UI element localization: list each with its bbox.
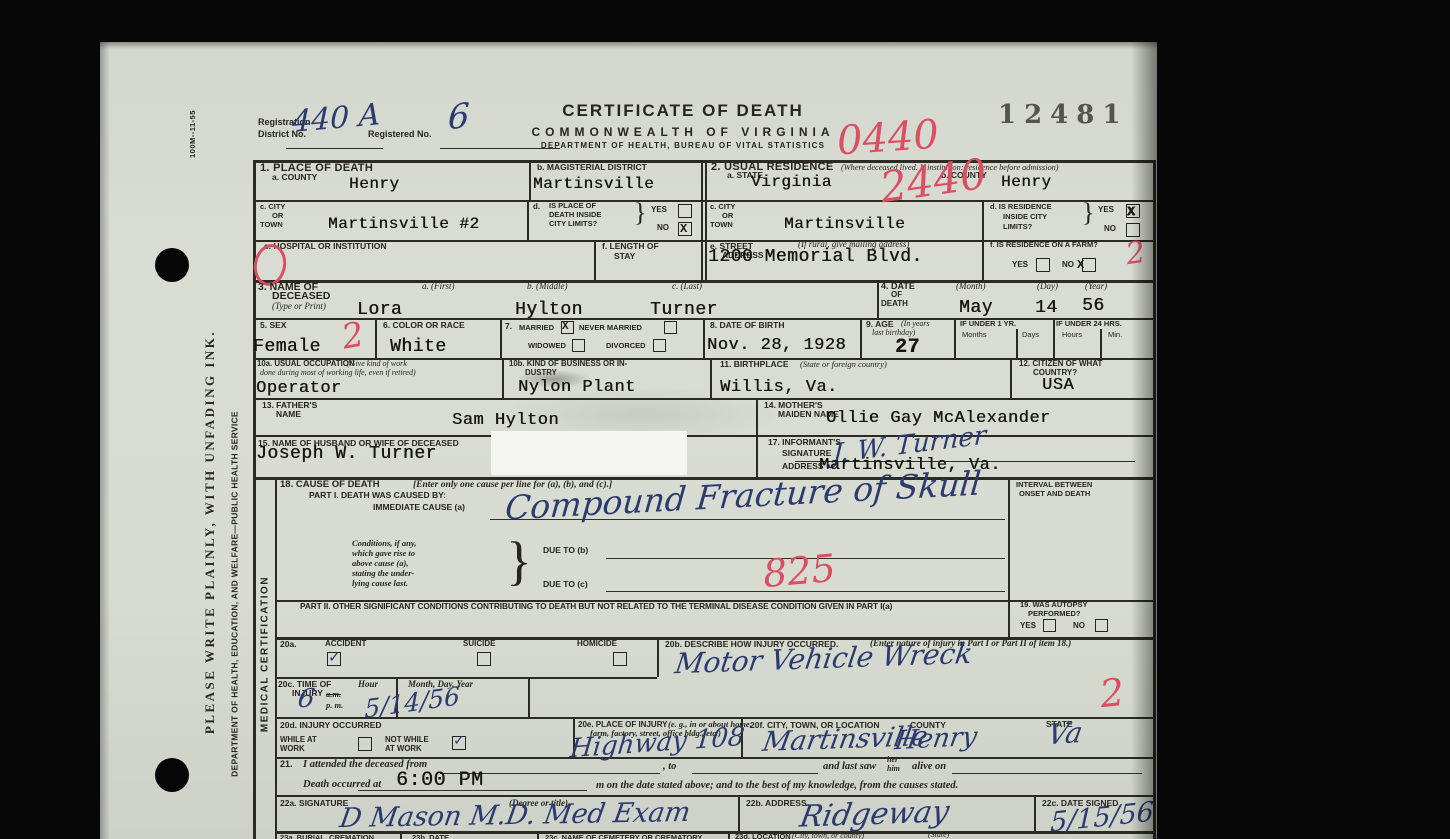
attended-text-3: and last saw [823, 761, 876, 773]
registered-no-label: Registered No. [368, 130, 432, 140]
field-2d-label-2: INSIDE CITY [1003, 213, 1047, 221]
suicide-label: SUICIDE [463, 640, 495, 649]
field-1d-yes-label: YES [651, 206, 667, 215]
field-3a-value: Lora [357, 300, 402, 320]
grid-line [703, 318, 705, 358]
redaction-box [491, 431, 687, 475]
field-17-label: 17. INFORMANT'S [768, 438, 841, 447]
field-2f-no-label: NO [1062, 261, 1074, 270]
md-signature: D Mason M.D. Med Exam [338, 799, 693, 832]
death-occurred-label: Death occurred at [303, 779, 381, 791]
field-13-label-2: NAME [276, 410, 301, 419]
field-12-value: USA [1042, 376, 1074, 395]
scanned-page: 100M--11-55 PLEASE WRITE PLAINLY, WITH U… [0, 0, 1450, 839]
field-4-month-value: May [959, 298, 993, 318]
field-2d-yes-label: YES [1098, 206, 1114, 215]
field-22b-label: 22b. ADDRESS [746, 799, 807, 808]
field-22a-label: 22a. SIGNATURE [280, 799, 348, 808]
field-3b-value: Hylton [515, 300, 583, 320]
under-1yr-label: IF UNDER 1 YR. [960, 320, 1016, 328]
grid-line [705, 160, 707, 280]
field-2d-label-3: LIMITS? [1003, 223, 1032, 231]
form-code: 100M--11-55 [189, 110, 197, 158]
grid-line [529, 160, 531, 200]
grid-line [701, 160, 703, 280]
homicide-checkbox [613, 652, 627, 666]
death-time-value: 6:00 PM [396, 769, 484, 792]
hour-label: Hour [358, 680, 378, 690]
field-18-title: 18. CAUSE OF DEATH [280, 480, 380, 490]
due-to-b-label: DUE TO (b) [543, 546, 588, 555]
conditions-note-2: which gave rise to [352, 549, 415, 558]
field-19-label-2: PERFORMED? [1028, 610, 1081, 618]
field-2e-value: 1200 Memorial Blvd. [708, 247, 923, 267]
field-1c-value: Martinsville #2 [328, 215, 480, 233]
field-20d-label: 20d. INJURY OCCURRED [280, 721, 382, 730]
field-7-never-label: NEVER MARRIED [579, 324, 642, 332]
field-17-address-label: ADDRESS [782, 462, 824, 471]
field-7-divorced-checkbox [653, 339, 666, 352]
field-1c-label-city: c. CITY [260, 203, 285, 211]
under-1yr-months-label: Months [962, 331, 987, 339]
field-2c-label-town: TOWN [710, 221, 733, 229]
death-time-line [358, 790, 587, 791]
interval-label-1: INTERVAL BETWEEN [1016, 481, 1092, 489]
field-1f-label-2: STAY [614, 252, 635, 261]
red-injury-code: 2 [1098, 673, 1126, 713]
field-3a-label: a. (First) [422, 282, 455, 292]
field-10a-note-2: done during most of working life, even i… [260, 369, 416, 378]
field-23c-label: 23c. NAME OF CEMETERY OR CREMATORY [545, 834, 702, 839]
field-8-label: 8. DATE OF BIRTH [710, 321, 784, 330]
field-1d-num: d. [533, 203, 540, 212]
field-23d-label: 23d. LOCATION [735, 833, 791, 839]
field-1d-label-2: DEATH INSIDE [549, 211, 601, 219]
grid-line [1100, 329, 1102, 358]
field-20a-num: 20a. [280, 640, 297, 649]
conditions-note-4: stating the under- [352, 569, 414, 578]
field-2d-no-label: NO [1104, 225, 1116, 234]
accident-mark: ✓ [328, 650, 341, 665]
grid-line [253, 280, 1155, 283]
grid-line [1016, 329, 1018, 358]
field-23b-label: 23b. DATE [412, 834, 449, 839]
grid-line [275, 477, 277, 839]
grid-line [756, 398, 758, 477]
field-7-num: 7. [505, 322, 512, 331]
bureau-title: DEPARTMENT OF HEALTH, BUREAU OF VITAL ST… [541, 142, 825, 151]
grid-line [537, 831, 539, 839]
interval-label-2: ONSET AND DEATH [1019, 490, 1090, 498]
field-5-label: 5. SEX [260, 321, 286, 330]
field-2d-brace: } [1082, 200, 1094, 226]
grid-line [738, 795, 740, 831]
field-20b-value: Motor Vehicle Wreck [673, 640, 974, 679]
field-9-value: 27 [895, 336, 920, 359]
pm-label: p. m. [326, 701, 343, 710]
grid-line [657, 637, 659, 677]
field-11-value: Willis, Va. [720, 378, 838, 397]
grid-line [860, 318, 862, 358]
scan-edge-right [1131, 42, 1157, 839]
field-1d-brace: } [634, 200, 646, 226]
field-1d-no-label: NO [657, 224, 669, 233]
field-2c-label-city: c. CITY [710, 203, 735, 211]
under-24hr-hours-label: Hours [1062, 331, 1082, 339]
while-at-work-label-2: WORK [280, 745, 305, 754]
margin-dept: DEPARTMENT OF HEALTH, EDUCATION, AND WEL… [230, 411, 239, 777]
death-occurred-text: m on the date stated above; and to the b… [596, 780, 958, 792]
grid-line [1034, 795, 1036, 831]
field-1c-label-town: TOWN [260, 221, 283, 229]
grid-line [253, 398, 1155, 400]
grid-line [1053, 318, 1055, 358]
under-24hr-min-label: Min. [1108, 331, 1122, 339]
field-7-divorced-label: DIVORCED [606, 342, 646, 350]
field-20f-county-value: Henry [893, 724, 979, 755]
field-5-value: Female [253, 337, 321, 357]
grid-line [594, 240, 596, 280]
conditions-note-3: above cause (a), [352, 559, 408, 568]
field-3b-label: b. (Middle) [527, 282, 568, 292]
field-7-married-mark: X [562, 322, 569, 333]
field-10a-value: Operator [256, 379, 342, 398]
field-1d-no-mark: X [680, 223, 687, 235]
field-1b-label: b. MAGISTERIAL DISTRICT [537, 163, 647, 172]
field-23d-state-note: (State) [928, 831, 949, 839]
field-4-day-value: 14 [1035, 298, 1058, 318]
grid-line [253, 435, 1155, 437]
under-1yr-days-label: Days [1022, 331, 1039, 339]
field-2d-label-1: d. IS RESIDENCE [990, 203, 1052, 211]
field-1a-value: Henry [349, 175, 400, 193]
field-14-value: Ollie Gay McAlexander [826, 409, 1051, 428]
field-2b-value: Henry [1001, 173, 1052, 191]
field-1d-label-1: IS PLACE OF [549, 202, 596, 210]
field-10b-label-2: DUSTRY [525, 369, 557, 378]
field-1a-label: a. COUNTY [272, 173, 317, 182]
medical-certification-label: MEDICAL CERTIFICATION [260, 576, 271, 732]
field-4-month-label: (Month) [956, 282, 986, 292]
part1-label: PART I. DEATH WAS CAUSED BY: [309, 491, 446, 500]
field-13-value: Sam Hylton [452, 411, 559, 430]
field-7-widowed-checkbox [572, 339, 585, 352]
grid-line [528, 677, 530, 717]
certificate-paper: 100M--11-55 PLEASE WRITE PLAINLY, WITH U… [100, 42, 1157, 839]
field-7-widowed-label: WIDOWED [528, 342, 566, 350]
grid-line [728, 831, 730, 839]
field-23a-label: 23a. BURIAL, CREMATION [280, 834, 374, 839]
field-1d-label-3: CITY LIMITS? [549, 220, 597, 228]
field-19-label-1: 19. WAS AUTOPSY [1020, 601, 1088, 609]
immediate-cause-label: IMMEDIATE CAUSE (a) [373, 503, 465, 512]
commonwealth-title: COMMONWEALTH OF VIRGINIA [531, 126, 834, 139]
under-24hr-label: IF UNDER 24 HRS. [1056, 320, 1122, 328]
attended-text-4: alive on [912, 761, 946, 773]
field-19-yes-label: YES [1020, 622, 1036, 631]
grid-line [502, 358, 504, 398]
field-3c-value: Turner [650, 300, 718, 320]
field-10b-value: Nylon Plant [518, 378, 636, 397]
not-while-label-2: AT WORK [385, 745, 422, 754]
certificate-number-stamp: 12481 [998, 100, 1128, 130]
conditions-note-5: lying cause last. [352, 579, 408, 588]
grid-line [954, 318, 956, 358]
field-2f-yes-checkbox [1036, 258, 1050, 272]
red-cause-code: 825 [761, 549, 837, 593]
him-label: him [887, 765, 900, 774]
md-address: Ridgeway [797, 797, 951, 832]
field-2c-value: Martinsville [784, 215, 905, 233]
due-to-c-label: DUE TO (c) [543, 580, 588, 589]
grid-line [1010, 358, 1012, 398]
grid-line [500, 318, 502, 358]
field-2f-yes-label: YES [1012, 261, 1028, 270]
grid-line [275, 795, 1155, 797]
scan-edge-top [100, 42, 1157, 49]
punch-hole-bottom [155, 758, 189, 792]
field-2f-label: f. IS RESIDENCE ON A FARM? [990, 241, 1098, 249]
cause-a-value: Compound Fracture of Skull [504, 466, 982, 524]
scan-edge-left [100, 42, 110, 839]
am-label: a.m. [326, 690, 341, 699]
conditions-note-1: Conditions, if any, [352, 539, 416, 548]
field-1c-label-or: OR [272, 212, 283, 220]
district-no-line [286, 148, 383, 149]
not-while-mark: ✓ [453, 734, 465, 748]
field-4-day-label: (Day) [1037, 282, 1058, 292]
field-4-year-value: 56 [1082, 296, 1105, 316]
field-2c-label-or: OR [722, 212, 733, 220]
ink-notice: PLEASE WRITE PLAINLY, WITH UNFADING INK. [202, 330, 218, 734]
while-at-work-checkbox [358, 737, 372, 751]
field-19-yes-checkbox [1043, 619, 1056, 632]
field-19-no-label: NO [1073, 622, 1085, 631]
grid-line [527, 200, 529, 240]
field-6-value: White [390, 337, 447, 357]
field-23d-note: (City, town, or county) [792, 832, 864, 839]
grid-line [877, 280, 879, 318]
field-1d-yes-checkbox [678, 204, 692, 218]
grid-line [1008, 477, 1010, 637]
field-7-married-label: MARRIED [519, 324, 554, 332]
suicide-checkbox [477, 652, 491, 666]
part2-label: PART II. OTHER SIGNIFICANT CONDITIONS CO… [300, 602, 892, 611]
red-code-top: 0440 [836, 114, 940, 161]
homicide-label: HOMICIDE [577, 640, 617, 649]
field-21-num: 21. [280, 760, 293, 770]
field-2a-value: Virginia [751, 173, 832, 191]
attended-line-3 [952, 773, 1142, 774]
red-sex-code: 2 [339, 317, 366, 354]
field-3-note: (Type or Print) [272, 302, 326, 312]
punch-hole-top [155, 248, 189, 282]
field-6-label: 6. COLOR OR RACE [383, 321, 465, 330]
grid-line [710, 358, 712, 398]
field-4-title-3: DEATH [881, 300, 908, 309]
attended-text-2: , to [663, 761, 676, 773]
field-20c-hour-value: 6 [296, 686, 316, 712]
field-15-value: Joseph W. Turner [256, 444, 437, 464]
registered-no-value: 6 [447, 99, 470, 136]
attended-line-2 [692, 773, 818, 774]
conditions-brace: } [506, 534, 532, 588]
grid-line [375, 318, 377, 358]
field-11-note: (State or foreign country) [800, 360, 887, 369]
page-title: CERTIFICATE OF DEATH [562, 102, 803, 121]
field-8-value: Nov. 28, 1928 [707, 336, 846, 355]
field-19-no-checkbox [1095, 619, 1108, 632]
field-20f-state-value: Va [1046, 719, 1085, 750]
grid-line [982, 200, 984, 280]
field-2f-no-mark: X [1077, 259, 1084, 271]
field-3c-label: c. (Last) [672, 282, 702, 292]
field-4-year-label: (Year) [1085, 282, 1107, 292]
field-11-label: 11. BIRTHPLACE [720, 360, 789, 369]
field-1b-value: Martinsville [533, 175, 654, 193]
field-7-never-checkbox [664, 321, 677, 334]
field-1f-label-1: f. LENGTH OF [602, 242, 659, 251]
